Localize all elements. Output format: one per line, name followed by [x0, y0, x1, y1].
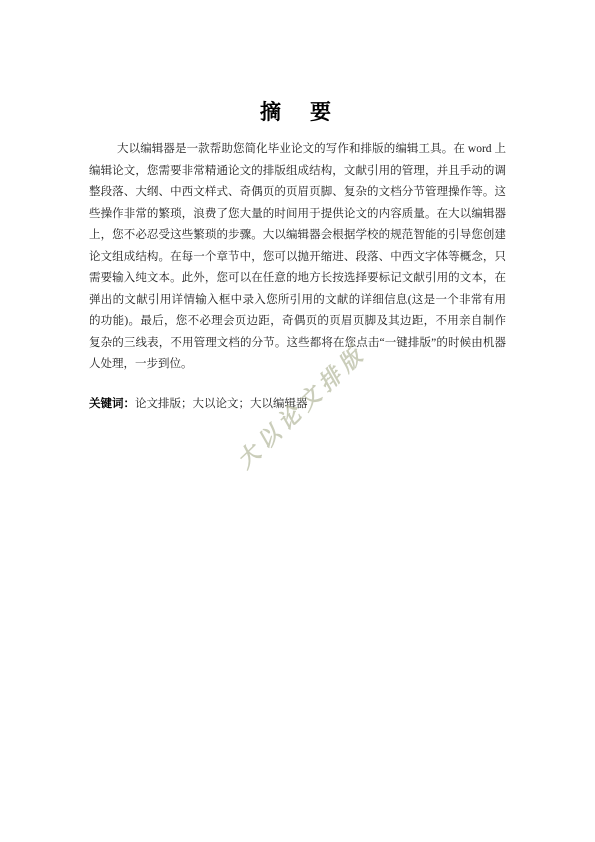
keywords-value: 论文排版；大以论文；大以编辑器	[135, 398, 308, 410]
keywords-label: 关键词：	[89, 398, 135, 410]
abstract-paragraph: 大以编辑器是一款帮助您简化毕业论文的写作和排版的编辑工具。在 word 上编辑论…	[89, 139, 506, 376]
abstract-title: 摘 要	[0, 101, 595, 123]
abstract-content: 大以编辑器是一款帮助您简化毕业论文的写作和排版的编辑工具。在 word 上编辑论…	[89, 139, 506, 415]
keywords-line: 关键词：论文排版；大以论文；大以编辑器	[89, 394, 506, 416]
document-page: 大以论文排版 摘 要 大以编辑器是一款帮助您简化毕业论文的写作和排版的编辑工具。…	[0, 0, 595, 842]
